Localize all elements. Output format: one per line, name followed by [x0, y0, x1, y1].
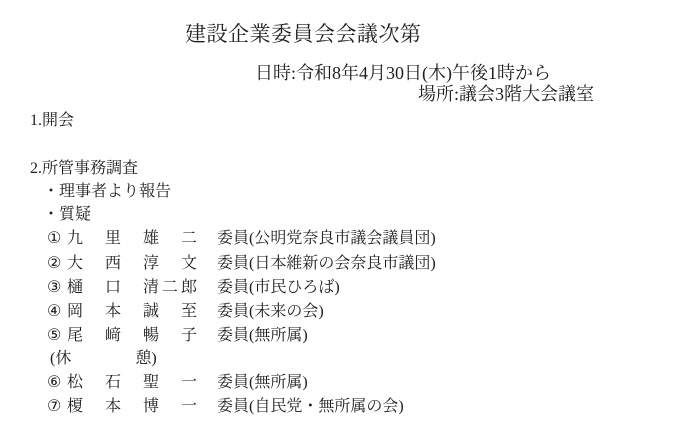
member-number: ③: [47, 279, 63, 297]
member-row: ③樋 口 清二郎委員(市民ひろば): [47, 279, 340, 297]
member-row: ⑥松 石 聖 一委員(無所属): [47, 374, 308, 392]
agenda-subitem-label: 理事者より報告: [59, 183, 171, 200]
member-party: (自民党・無所属の会): [249, 398, 404, 415]
member-party: (未来の会): [249, 303, 324, 320]
member-name: 岡 本 誠 至: [67, 303, 197, 321]
member-row: ②大 西 淳 文委員(日本維新の会奈良市議団): [47, 255, 436, 273]
location-value: 議会3階大会議室: [459, 84, 594, 104]
page-title: 建設企業委員会会議次第: [185, 23, 422, 46]
member-number: ⑦: [47, 398, 63, 416]
member-number: ④: [47, 303, 63, 321]
agenda-item-label: 所管事務調査: [42, 160, 138, 177]
recess-note: (休 憩): [50, 350, 157, 368]
datetime-value: 令和8年4月30日(木)午後1時から: [296, 63, 551, 83]
agenda-item-opening: 1.開会: [30, 112, 74, 130]
meeting-datetime: 日時:令和8年4月30日(木)午後1時から: [255, 64, 551, 84]
member-role: 委員: [217, 327, 249, 344]
member-row: ⑦榎 本 博 一委員(自民党・無所属の会): [47, 398, 404, 416]
bullet-icon: ・: [43, 183, 59, 200]
member-number: ⑤: [47, 327, 63, 345]
member-party: (公明党奈良市議会議員団): [249, 230, 436, 247]
member-name: 樋 口 清二郎: [67, 279, 197, 297]
member-name: 尾 﨑 暢 子: [67, 327, 197, 345]
member-party: (無所属): [249, 327, 308, 344]
member-name: 榎 本 博 一: [67, 398, 197, 416]
agenda-item-number: 2.: [30, 160, 42, 177]
agenda-subitem-questions: ・質疑: [43, 206, 91, 224]
member-name: 大 西 淳 文: [67, 255, 197, 273]
member-role: 委員: [217, 230, 249, 247]
agenda-item-number: 1.: [30, 112, 42, 129]
member-number: ①: [47, 230, 63, 248]
agenda-document-page: 建設企業委員会会議次第 日時:令和8年4月30日(木)午後1時から 場所:議会3…: [0, 0, 677, 423]
location-label: 場所:: [418, 84, 459, 104]
member-party: (無所属): [249, 374, 308, 391]
agenda-item-label: 開会: [42, 112, 74, 129]
member-role: 委員: [217, 374, 249, 391]
member-role: 委員: [217, 255, 249, 272]
meeting-location: 場所:議会3階大会議室: [418, 85, 594, 105]
datetime-label: 日時:: [255, 63, 296, 83]
member-party: (市民ひろば): [249, 279, 340, 296]
member-party: (日本維新の会奈良市議団): [249, 255, 436, 272]
member-row: ⑤尾 﨑 暢 子委員(無所属): [47, 327, 308, 345]
bullet-icon: ・: [43, 206, 59, 223]
agenda-subitem-report: ・理事者より報告: [43, 183, 171, 201]
member-row: ①九 里 雄 二委員(公明党奈良市議会議員団): [47, 230, 436, 248]
agenda-subitem-label: 質疑: [59, 206, 91, 223]
member-number: ⑥: [47, 374, 63, 392]
member-name: 九 里 雄 二: [67, 230, 197, 248]
member-number: ②: [47, 255, 63, 273]
member-row: ④岡 本 誠 至委員(未来の会): [47, 303, 324, 321]
member-role: 委員: [217, 398, 249, 415]
member-role: 委員: [217, 303, 249, 320]
member-name: 松 石 聖 一: [67, 374, 197, 392]
agenda-item-jurisdiction-survey: 2.所管事務調査: [30, 160, 138, 178]
member-role: 委員: [217, 279, 249, 296]
